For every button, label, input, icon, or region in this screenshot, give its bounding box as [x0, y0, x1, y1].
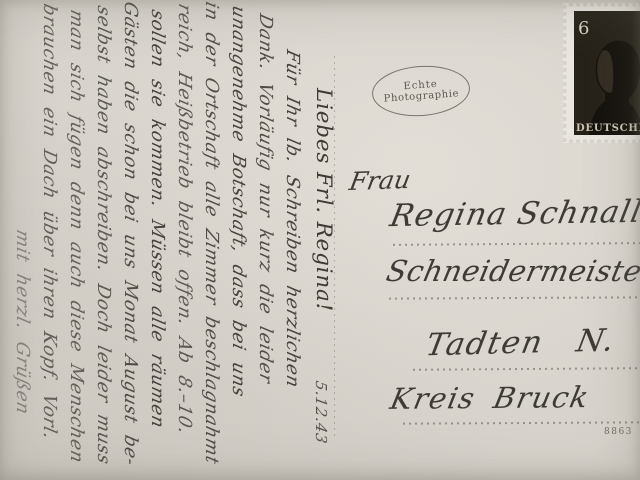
postage-stamp: 6 DEUTSCHES: [563, 3, 640, 143]
address-district: Kreis Bruck: [387, 380, 593, 416]
address-dotted-line: [403, 421, 640, 424]
rotated-message-block: Liebes Frl. Regina! 5.12.43 Für Ihr lb. …: [0, 0, 346, 480]
recipient-profession: Schneidermeisterin: [383, 254, 640, 288]
message-line: Für Ihr lb. Schreiben herzlichen: [279, 0, 306, 480]
address-dotted-line: [389, 296, 640, 299]
recipient-name: Regina Schnall: [387, 194, 640, 234]
address-dotted-line: [393, 242, 640, 246]
message-line: sollen sie kommen. Müssen alle räumen: [144, 0, 171, 480]
address-dotted-line: [413, 367, 640, 371]
message-line: mit herzl. Grüßen: [9, 0, 36, 480]
center-divider-line: [334, 56, 335, 438]
message-date: 5.12.43: [306, 378, 336, 446]
address-place: Tadten N. D.: [423, 321, 640, 364]
photographer-oval-stamp: Echte Photographie: [370, 63, 471, 120]
message-area: Liebes Frl. Regina! 5.12.43 Für Ihr lb. …: [0, 0, 346, 480]
photo-stamp-line2: Photographie: [383, 88, 459, 105]
stamp-denomination: 6: [578, 18, 589, 39]
postcard-back: Liebes Frl. Regina! 5.12.43 Für Ihr lb. …: [0, 0, 640, 480]
postage-stamp-graphic: 6 DEUTSCHES: [563, 3, 640, 143]
message-line: brauchen ein Dach über ihren Kopf. Vorl.: [36, 0, 63, 480]
message-line: selbst haben abschreiben. Doch leider mu…: [90, 0, 117, 480]
message-line: in der Ortschaft alle Zimmer beschlagnah…: [198, 0, 225, 480]
message-line: reich, Heißbetrieb bleibt offen. Ab 8.–1…: [171, 0, 198, 480]
print-serial-number: 8863: [604, 427, 633, 437]
message-line: Gästen die schon bei uns Monat August be…: [117, 0, 144, 480]
message-line: Dank. Vorläufig nur kurz die leider: [252, 0, 279, 480]
stamp-country-label: DEUTSCHES: [576, 123, 640, 134]
address-salutation: Frau: [347, 165, 413, 196]
message-line: unangenehme Botschaft, dass bei uns: [225, 0, 252, 480]
message-line: man sich fügen denn auch diese Menschen: [63, 0, 90, 480]
